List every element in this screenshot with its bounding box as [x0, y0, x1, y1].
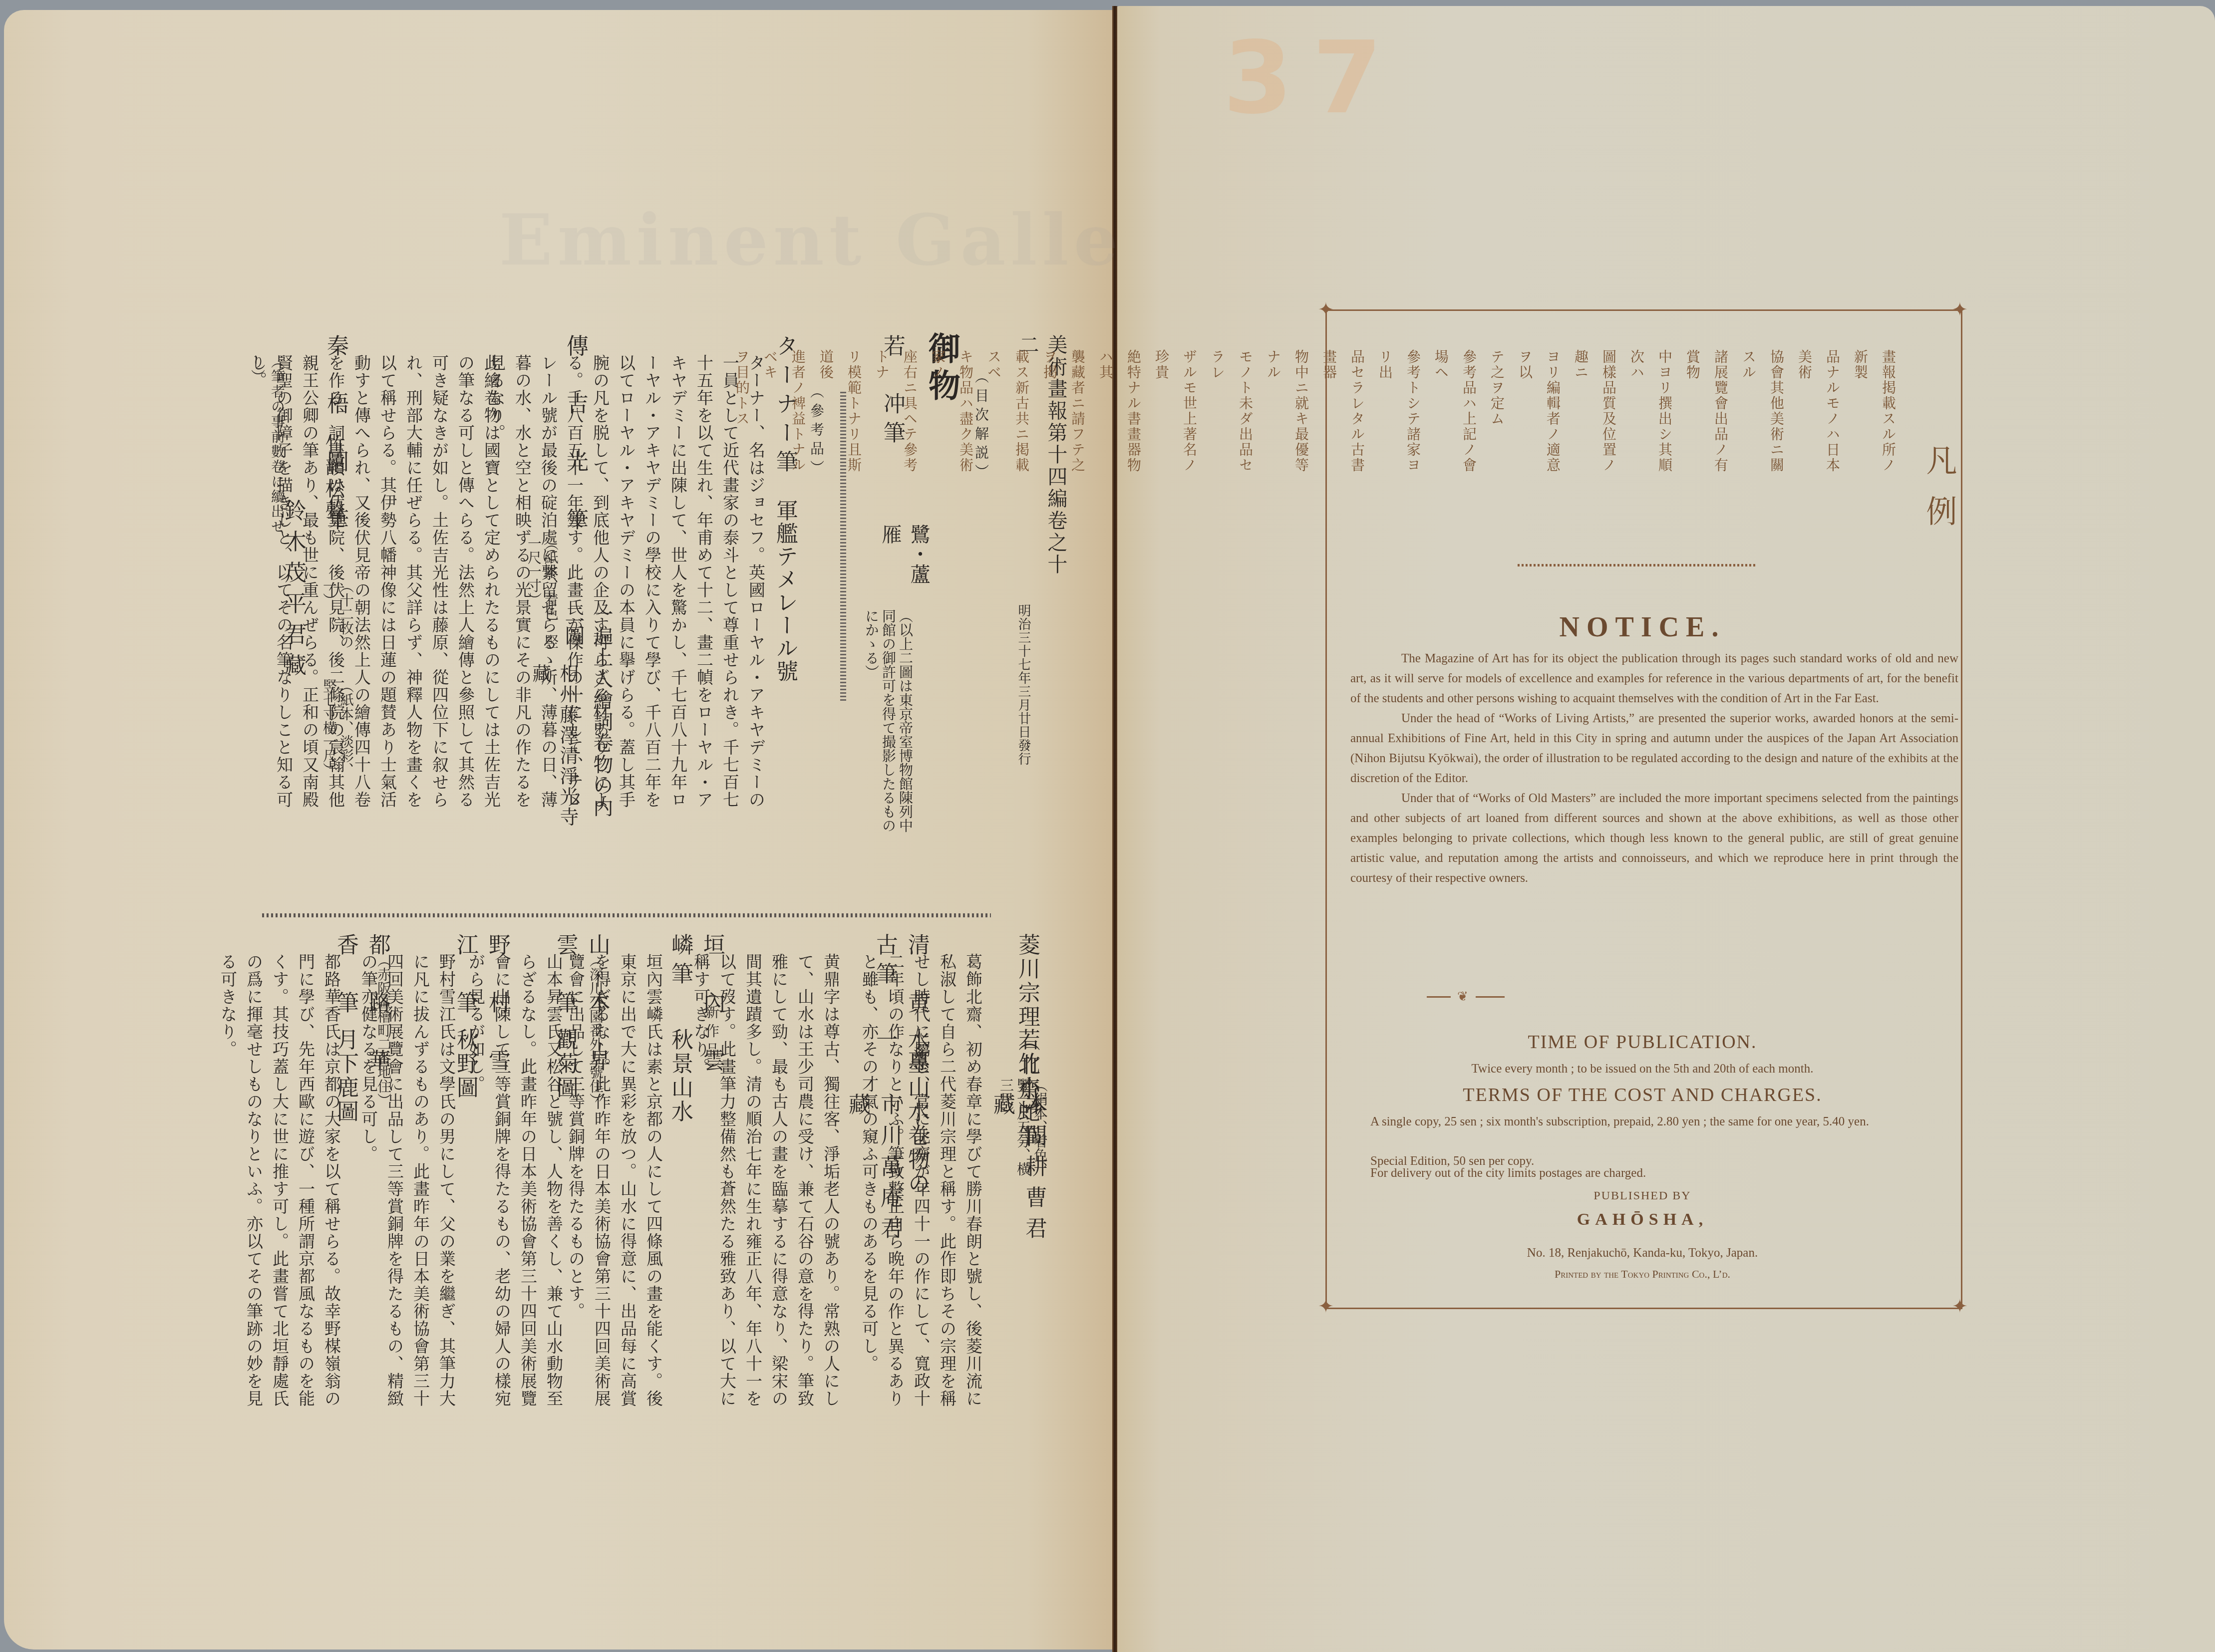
ornament-icon: ❦ — [1448, 989, 1478, 1004]
notice-title: NOTICE. — [1325, 611, 1959, 643]
entry-owner: 市川萬庵君藏 — [841, 1093, 905, 1263]
faint-page-number: 37 — [1223, 20, 1402, 136]
entry-artist: 傳 吉 光 筆 — [559, 334, 591, 584]
entry-body: 都路華香氏は京都の大家を以て稱せらる。故幸野楳嶺翁の門に學び、先年西歐に遊び、一… — [245, 953, 344, 1422]
hanrei-title: 凡例 — [1917, 444, 1961, 546]
notice-paragraph: Under that of “Works of Old Masters” are… — [1350, 789, 1958, 888]
hanrei-line: 畫報掲載スル所ノ新製 — [1852, 349, 1897, 473]
entry-note: （以上二圖は東京帝室博物館陳列中同館の御許可を得て撮影したるものにかゝる） — [869, 609, 914, 838]
terms-title: TERMS OF THE COST AND CHARGES. — [1325, 1084, 1959, 1106]
published-by-label: PUBLISHED BY — [1325, 1189, 1959, 1203]
hanrei-line: ヲ目的トス — [734, 349, 750, 427]
notice-body: The Magazine of Art has for its object t… — [1350, 649, 1958, 888]
entry-body: 黄鼎字は尊古、獨往客、淨垢老人の號あり。常熟の人にして、山水は王少司農に受け、兼… — [734, 953, 844, 1422]
corner-ornament-icon: ✦ — [1952, 302, 1967, 317]
hanrei-line: 諸展覽會出品ノ有賞物 — [1684, 349, 1729, 473]
hanrei-text: 畫報掲載スル所ノ新製 品ナルモノハ日本美術 協會其他美術ニ關スル 諸展覽會出品ノ… — [1338, 349, 1902, 479]
notice-paragraph: The Magazine of Art has for its object t… — [1350, 649, 1958, 709]
publication-text: Twice every month ; to be issued on the … — [1325, 1062, 1959, 1076]
hanrei-line: 圖樣品質及位置ノ趣ニ — [1573, 349, 1617, 473]
hanrei-line: ヨリ編輯者ノ適意ヲ以 — [1517, 349, 1561, 473]
open-book: 37 Eminent Galle 美術畫報第十四編卷之十二 明治三十七年三月廿日… — [0, 0, 2215, 1652]
footnote: （筆者の事前數卷に續出せり） — [247, 354, 287, 544]
entry-spec: （紙本、淡彩、竪七寸横一尺） — [315, 679, 354, 789]
entry-owner: 相州藤澤清淨光寺藏 — [527, 664, 582, 843]
printer-line: Printed by the Tokyo Printing Co., L’d. — [1325, 1268, 1959, 1281]
corner-ornament-icon: ✦ — [1952, 1299, 1967, 1314]
hanrei-line: 協會其他美術ニ關スル — [1740, 349, 1785, 473]
terms-line: A single copy, 25 sen ; six month's subs… — [1350, 1115, 1958, 1128]
entry-spec: （紙本、着色 竪一尺一寸） — [519, 537, 559, 656]
entry-title: 竹韻松聲 — [319, 434, 348, 584]
entry-title: 軍艦テメレール號 — [769, 499, 801, 729]
show-through-title: Eminent Galle — [499, 200, 1123, 281]
publisher-address: No. 18, Renjakuchō, Kanda-ku, Tokyo, Jap… — [1325, 1246, 1959, 1260]
notice-paragraph: Under the head of “Works of Living Artis… — [1350, 709, 1958, 789]
wavy-rule — [1518, 564, 1757, 566]
hanrei-line: テ之ヲ定ム — [1489, 349, 1505, 427]
publisher-name: GAHŌSHA, — [1325, 1210, 1959, 1229]
hanrei-line: 參考トシテ諸家ヨリ出 — [1377, 349, 1421, 473]
hanrei-line: 品ナルモノハ日本美術 — [1796, 349, 1841, 473]
entry-owner: 本間耕曹君藏 — [986, 1093, 1050, 1263]
terms-line: For delivery out of the city limits post… — [1370, 1166, 1646, 1180]
publication-title: TIME OF PUBLICATION. — [1325, 1031, 1959, 1053]
section-divider-wavy — [262, 913, 991, 917]
ornament-rule — [1476, 996, 1505, 998]
corner-ornament-icon: ✦ — [1318, 1299, 1333, 1314]
ornament-rule — [1427, 996, 1451, 998]
hanrei-line: 參考品ハ上記ノ會場ヘ — [1433, 349, 1477, 473]
corner-ornament-icon: ✦ — [1318, 302, 1333, 317]
entry-title: 鷺・蘆雁 — [876, 524, 933, 584]
entry-title: 秋景山水 — [664, 1028, 696, 1178]
hanrei-line: 中ヨリ撰出シ其順次ハ — [1628, 349, 1673, 473]
entry-count: （十二枚の一） — [315, 579, 354, 659]
issue-date: 明治三十七年三月廿日發行 — [1014, 604, 1033, 814]
